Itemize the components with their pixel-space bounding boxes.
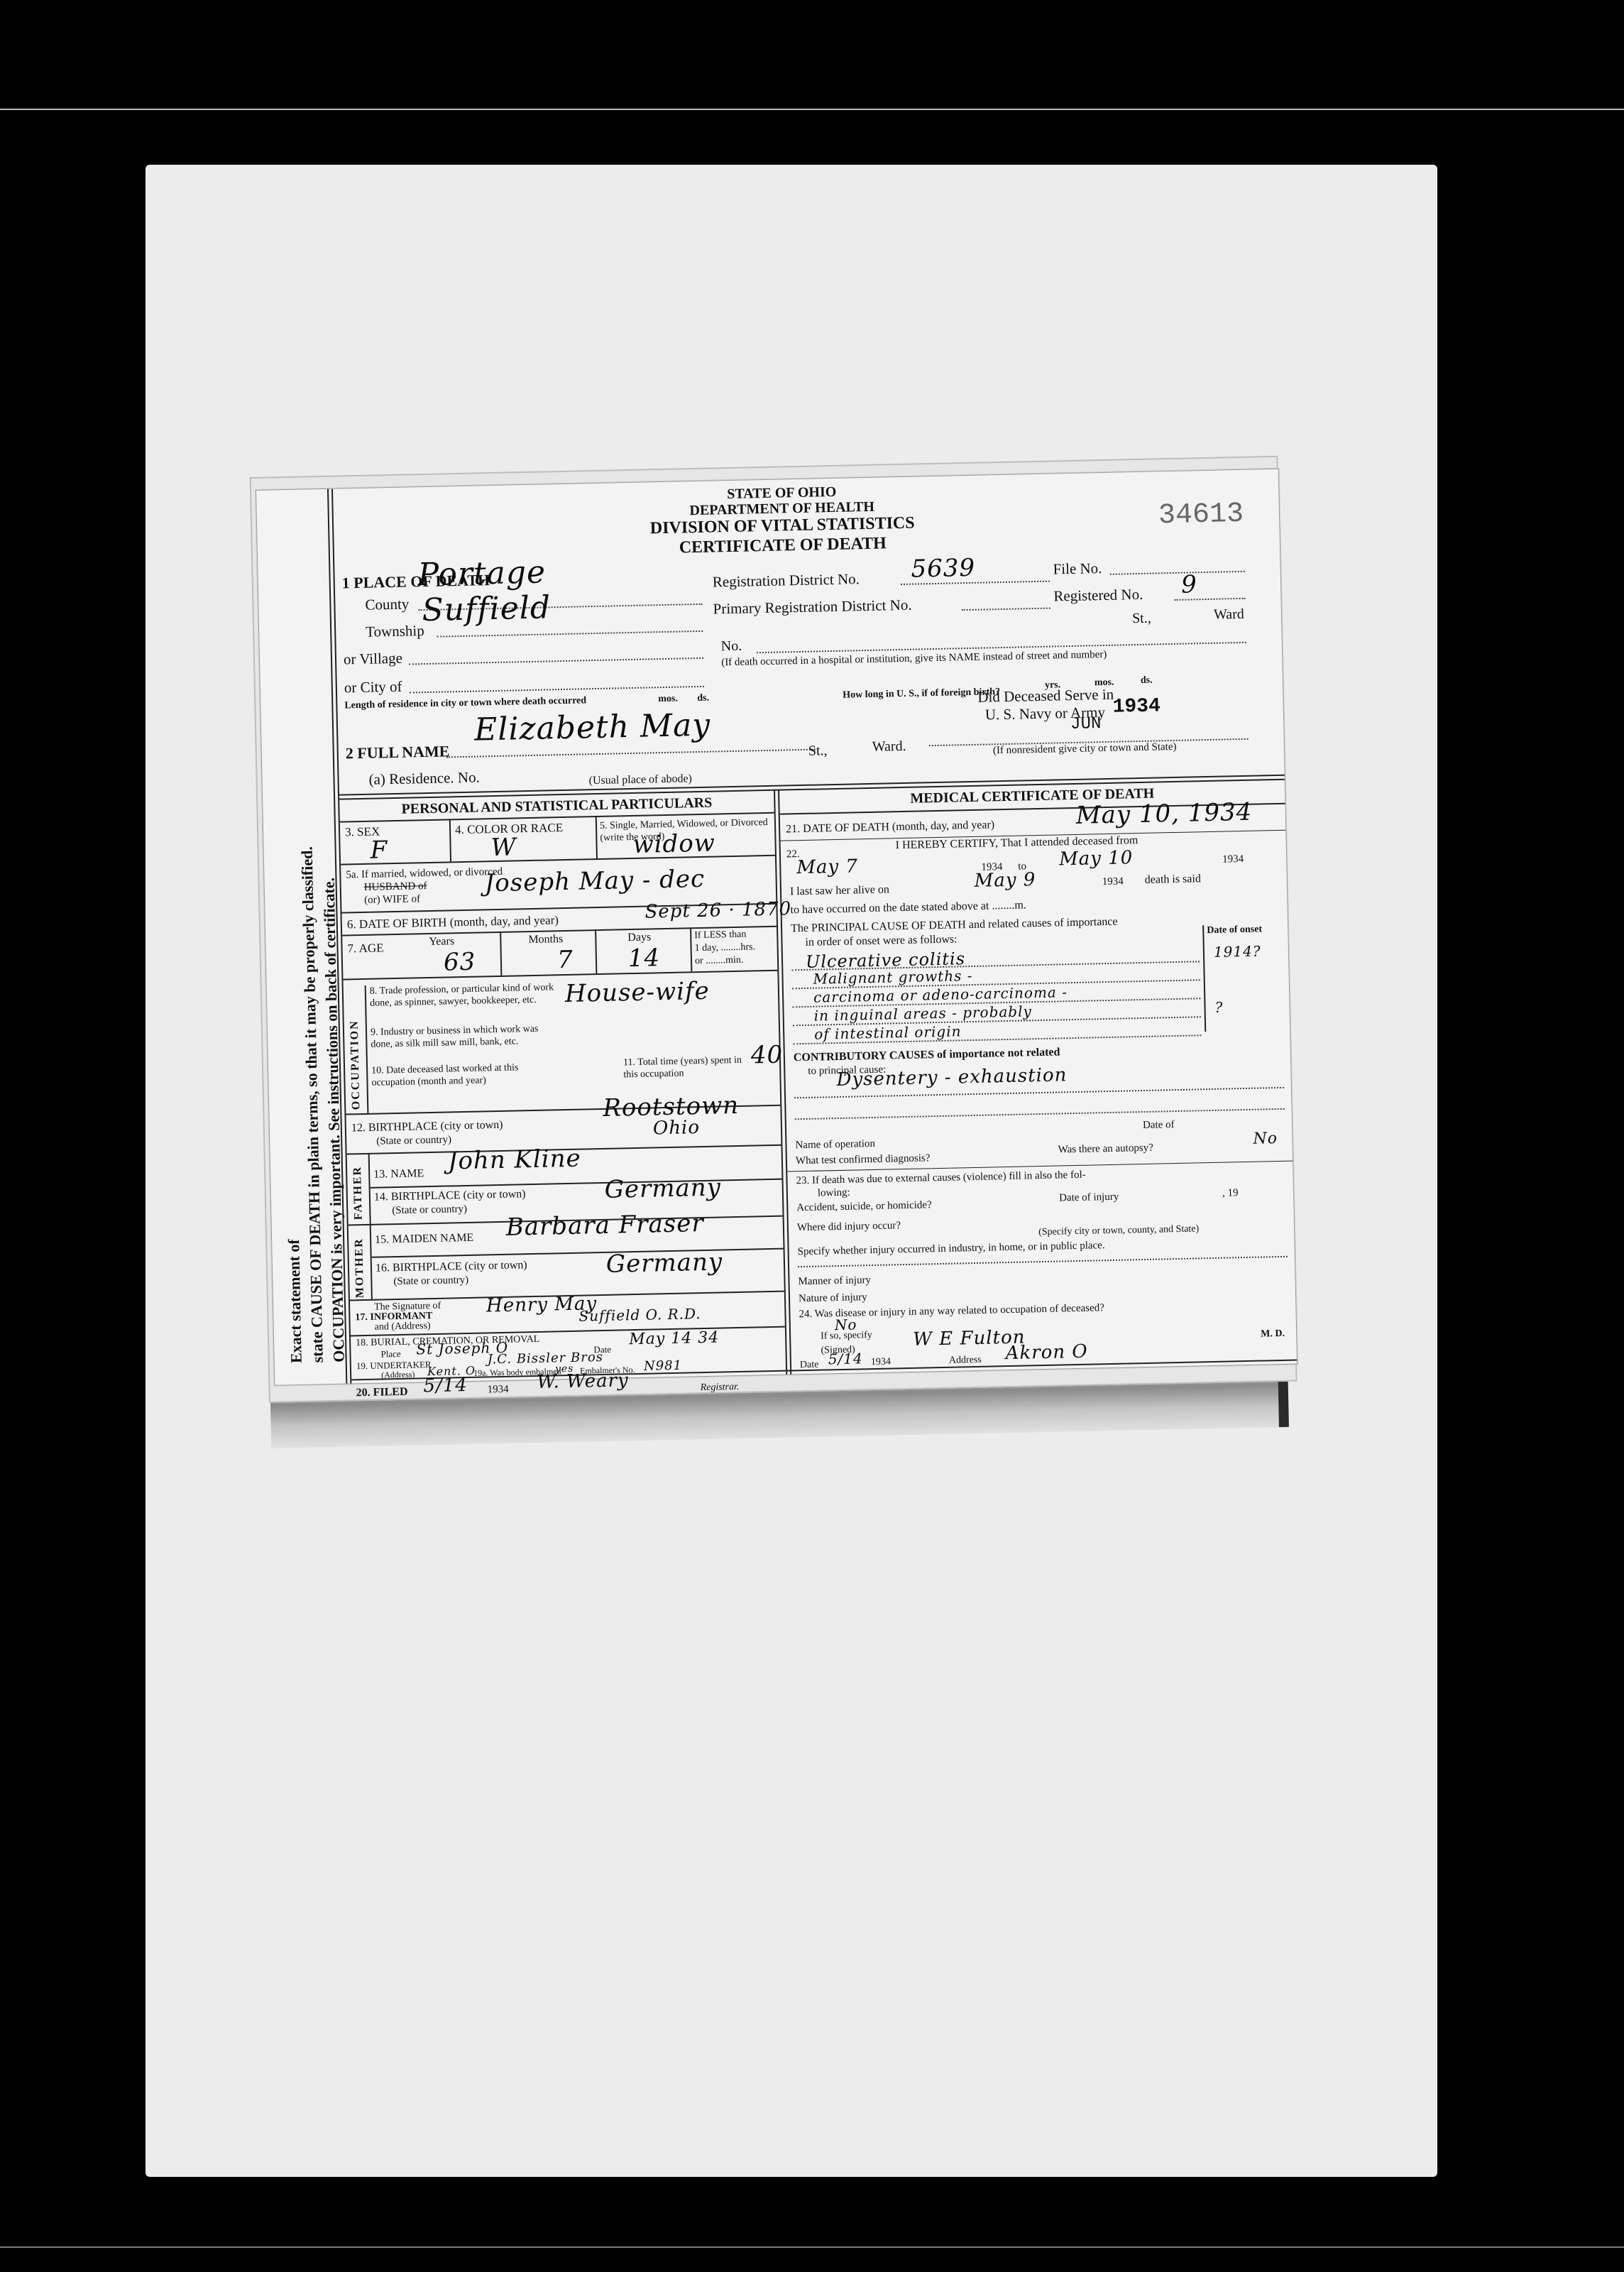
- filed-year: 1934: [487, 1384, 508, 1397]
- ward-label-1: Ward: [1214, 606, 1244, 623]
- total-time-value: 40: [750, 1041, 783, 1070]
- dob-value: Sept 26 · 1870: [644, 898, 791, 922]
- father-birthplace-sub: (State or country): [392, 1203, 467, 1217]
- registrar-signature: W. Weary: [537, 1370, 629, 1393]
- county-label: County: [365, 596, 409, 614]
- birthplace-state-value: Ohio: [653, 1117, 701, 1139]
- md-label: M. D.: [1261, 1328, 1285, 1340]
- mother-maiden-label: 15. MAIDEN NAME: [375, 1232, 473, 1247]
- village-line: [409, 657, 703, 665]
- received-stamp-year: 1934: [1112, 695, 1161, 718]
- date-last-worked-label: 10. Date deceased last worked at this oc…: [371, 1061, 564, 1089]
- father-name-label: 13. NAME: [373, 1167, 424, 1181]
- embalmer-no-value: N981: [644, 1358, 683, 1374]
- spouse-label-2: HUSBAND of: [364, 880, 427, 894]
- residence-label: (a) Residence. No.: [368, 768, 480, 788]
- specify-label: Specify whether injury occurred in indus…: [797, 1240, 1104, 1258]
- mother-birthplace-label: 16. BIRTHPLACE (city or town): [375, 1259, 527, 1274]
- sex-value: F: [370, 836, 388, 865]
- date-of-death-value: May 10, 1934: [1075, 798, 1252, 830]
- years-value: 63: [444, 948, 476, 977]
- occupation-side-divider: [365, 985, 369, 1113]
- less-label-3: or ........min.: [695, 955, 744, 967]
- spouse-label-3: (or) WIFE of: [364, 893, 420, 907]
- primary-reg-label: Primary Registration District No.: [713, 596, 911, 618]
- if-so-label: If so, specify: [821, 1330, 872, 1343]
- cause-text: Malignant growths -: [813, 967, 972, 988]
- manner-label: Manner of injury: [798, 1274, 871, 1288]
- mother-side-divider: [370, 1224, 373, 1299]
- marital-value: widow: [632, 829, 715, 859]
- residence-st-label: St.,: [808, 743, 828, 760]
- onset-column-divider: [1202, 925, 1206, 1032]
- accident-label: Accident, suicide, or homicide?: [796, 1199, 932, 1214]
- days-value: 14: [628, 944, 661, 973]
- age-divider-1: [500, 932, 502, 976]
- attended-from-value: May 7: [796, 856, 858, 878]
- residence-ward-label: Ward.: [872, 738, 906, 755]
- date-injury-year: , 19: [1222, 1187, 1239, 1199]
- informant-address: Suffield O. R.D.: [578, 1305, 701, 1325]
- where-note: (Specify city or town, county, and State…: [1038, 1223, 1199, 1238]
- full-name-label: 2 FULL NAME: [346, 742, 450, 763]
- mother-birthplace-value: Germany: [606, 1247, 723, 1278]
- informant-label-3: and (Address): [375, 1321, 431, 1333]
- dob-label: 6. DATE OF BIRTH (month, day, and year): [347, 913, 559, 932]
- cause-onset: 1914?: [1214, 942, 1261, 960]
- birthplace-label: 12. BIRTHPLACE (city or town): [351, 1119, 503, 1135]
- filed-value: 5/14: [423, 1375, 468, 1397]
- trade-value: House-wife: [565, 977, 710, 1008]
- autopsy-value: No: [1253, 1130, 1278, 1148]
- village-label: or Village: [344, 650, 402, 669]
- cause-onset: ?: [1214, 999, 1223, 1016]
- race-divider: [596, 816, 598, 858]
- cert-date-value: 5/14: [828, 1350, 863, 1367]
- specify-line: [798, 1256, 1288, 1267]
- address-label: Address: [949, 1355, 982, 1367]
- burial-place-label: Place: [380, 1348, 400, 1360]
- less-label-1: If LESS than: [694, 929, 746, 942]
- row-line-1: [341, 855, 775, 865]
- date-of-label: Date of: [1143, 1119, 1175, 1132]
- cause-text: of intestinal origin: [814, 1022, 962, 1042]
- age-label: 7. AGE: [347, 941, 383, 956]
- township-label: Township: [366, 622, 424, 641]
- file-no-line: [1110, 571, 1245, 575]
- film-frame-top-rule: [0, 109, 1624, 110]
- death-said-label: death is said: [1145, 873, 1201, 887]
- trade-label: 8. Trade profession, or particular kind …: [370, 981, 562, 1010]
- cert-date-year: 1934: [871, 1357, 891, 1369]
- file-no-label: File No.: [1053, 559, 1102, 578]
- less-label-2: 1 day, ........hrs.: [695, 941, 756, 954]
- test-label: What test confirmed diagnosis?: [796, 1152, 931, 1167]
- death-certificate: Exact statement of state CAUSE OF DEATH …: [256, 469, 1297, 1386]
- external-label-2: lowing:: [818, 1187, 850, 1200]
- attended-to-value: May 10: [1059, 847, 1134, 870]
- months-value: 7: [557, 946, 574, 974]
- undertaker-value: J.C. Bissler Bros: [488, 1350, 604, 1367]
- st-label-1: St.,: [1132, 611, 1151, 628]
- city-line: [410, 686, 704, 694]
- father-side-divider: [368, 1153, 371, 1224]
- full-name-value: Elizabeth May: [474, 707, 711, 748]
- last-saw-value: May 9: [974, 869, 1036, 892]
- mother-maiden-value: Barbara Fraser: [505, 1209, 704, 1242]
- industry-label: 9. Industry or business in which work wa…: [371, 1022, 563, 1051]
- attended-to-year: 1934: [1222, 853, 1244, 866]
- abode-note: (Usual place of abode): [589, 772, 693, 787]
- certificate-stack: Exact statement of state CAUSE OF DEATH …: [256, 469, 1297, 1448]
- father-side-label: FATHER: [351, 1166, 366, 1220]
- onset-label: Date of onset: [1207, 924, 1262, 936]
- occurred-label: to have occurred on the date stated abov…: [790, 899, 1026, 917]
- margin-line-3: Exact statement of: [285, 1239, 306, 1363]
- burial-date-value: May 14 34: [629, 1329, 720, 1349]
- full-name-line: [446, 749, 816, 758]
- county-value: Portage: [417, 554, 546, 593]
- foreign-ds: ds.: [1141, 675, 1153, 687]
- residence-mos: mos.: [658, 694, 678, 706]
- residence-ds: ds.: [697, 693, 709, 704]
- township-value: Suffield: [422, 589, 551, 628]
- contributory-label-1: CONTRIBUTORY CAUSES of importance not re…: [794, 1046, 1060, 1064]
- total-time-label: 11. Total time (years) spent in this occ…: [623, 1054, 752, 1081]
- date-injury-label: Date of injury: [1059, 1191, 1119, 1205]
- last-saw-label: I last saw her alive on: [790, 883, 889, 898]
- mother-side-label: MOTHER: [353, 1238, 367, 1298]
- film-frame-bottom-rule: [0, 2246, 1624, 2248]
- birthplace-sub: (State or country): [376, 1134, 451, 1147]
- street-no-label: No.: [721, 638, 742, 655]
- external-label-1: 23. If death was due to external causes …: [796, 1169, 1085, 1188]
- primary-reg-line: [962, 608, 1050, 611]
- age-divider-2: [595, 929, 597, 973]
- date-of-death-label: 21. DATE OF DEATH (month, day, and year): [786, 819, 994, 836]
- received-stamp-month: JUN: [1070, 714, 1102, 734]
- residence-length-label: Length of residence in city or town wher…: [344, 695, 586, 711]
- registrar-label: Registrar.: [700, 1382, 739, 1394]
- race-value: W: [490, 833, 517, 862]
- contributory-value: Dysentery - exhaustion: [836, 1064, 1067, 1091]
- registered-no-label: Registered No.: [1053, 586, 1143, 606]
- where-label: Where did injury occur?: [797, 1220, 901, 1234]
- father-name-value: John Kline: [447, 1145, 581, 1176]
- days-label: Days: [627, 931, 651, 944]
- spouse-value: Joseph May - dec: [484, 865, 705, 897]
- age-divider-3: [690, 927, 692, 971]
- spouse-label-1: 5a. If married, widowed, or divorced: [346, 866, 503, 882]
- city-label: or City of: [344, 678, 402, 697]
- nature-label: Nature of injury: [799, 1291, 867, 1305]
- last-saw-year: 1934: [1102, 876, 1124, 889]
- sex-divider: [449, 819, 451, 861]
- registered-no-value: 9: [1181, 570, 1197, 599]
- autopsy-label: Was there an autopsy?: [1058, 1142, 1153, 1157]
- mother-birthplace-sub: (State or country): [393, 1274, 468, 1288]
- township-line: [437, 630, 703, 638]
- occupation-side-label: OCCUPATION: [349, 1020, 363, 1110]
- physician-address: Akron O: [1005, 1341, 1088, 1364]
- principal-label-1: The PRINCIPAL CAUSE OF DEATH and related…: [791, 916, 1118, 936]
- contributory-line-2: [795, 1108, 1285, 1120]
- father-birthplace-label: 14. BIRTHPLACE (city or town): [374, 1188, 526, 1203]
- filed-label: 20. FILED: [356, 1386, 407, 1400]
- reg-district-label: Registration District No.: [713, 570, 860, 591]
- months-label: Months: [528, 933, 563, 946]
- years-label: Years: [429, 935, 454, 949]
- foreign-birth-label: How long in U. S., if of foreign birth?: [843, 687, 1000, 701]
- father-birthplace-value: Germany: [604, 1173, 721, 1203]
- reg-district-value: 5639: [911, 554, 975, 584]
- principal-label-2: in order of onset were as follows:: [805, 933, 958, 949]
- certificate-number-stamp: 34613: [1158, 498, 1244, 532]
- operation-label: Name of operation: [795, 1138, 875, 1152]
